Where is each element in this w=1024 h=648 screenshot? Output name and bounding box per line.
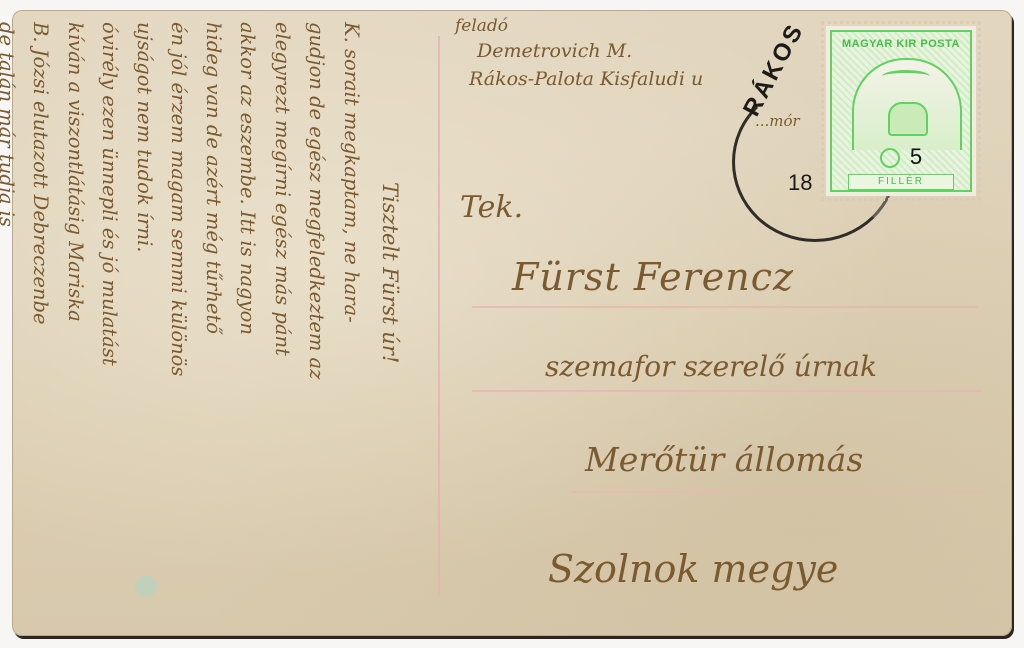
stamp-issuer: MAGYAR KIR POSTA <box>832 38 970 50</box>
message-greeting: Tisztelt Fürst úr! <box>368 22 412 622</box>
stamp-value-number: 5 <box>910 144 922 169</box>
turul-bird-icon <box>882 70 930 83</box>
recipient-occupation: szemafor szerelő úrnak <box>545 350 877 383</box>
sender-name: Demetrovich M. <box>477 40 703 62</box>
message-line: gudjon de egész megfeledkeztem az <box>299 22 334 622</box>
paper-stain <box>135 575 157 597</box>
message-line: kíván a viszontlátásig Mariska <box>58 22 93 622</box>
message-line: B. Józsi elutazott Debreczenbe <box>23 22 58 622</box>
recipient-salutation: Tek. <box>460 190 523 225</box>
message-line: akkor az eszembe. Itt is nagyon <box>230 22 265 622</box>
address-rule-3 <box>572 491 984 493</box>
message-line: K. sorait megkaptam, ne hara- <box>334 22 369 622</box>
address-rule-1 <box>472 306 978 308</box>
postage-stamp: MAGYAR KIR POSTA 5 FILLÉR <box>826 26 976 196</box>
stamp-value: 5 <box>832 144 970 170</box>
message-line: hideg van de azért még tűrhető <box>196 22 231 622</box>
sender-address: Rákos-Palota Kisfaludi u <box>469 68 703 90</box>
address-rule-2 <box>472 390 982 392</box>
message-line: óvirély ezen ünnepli és jó mulatást <box>92 22 127 622</box>
stamp-currency: FILLÉR <box>848 174 954 190</box>
message-line: ujságot nem tudok írni. <box>127 22 162 622</box>
handwritten-message: Tisztelt Fürst úr! K. sorait megkaptam, … <box>12 22 412 622</box>
sender-block: feladó Demetrovich M. Rákos-Palota Kisfa… <box>455 16 703 90</box>
recipient-station: Merőtür állomás <box>585 440 863 479</box>
recipient-county: Szolnok megye <box>548 547 838 591</box>
message-line: de talán már tudja is <box>0 22 23 622</box>
message-line: elegyrezt megírni egész más pánt <box>265 22 300 622</box>
sender-label: feladó <box>455 16 703 36</box>
stamp-ornament-icon <box>880 148 900 168</box>
center-divider-line <box>438 36 440 596</box>
message-line: én jól érzem magam semmi különös <box>161 22 196 622</box>
recipient-name: Fürst Ferencz <box>512 255 794 299</box>
stamp-frame: MAGYAR KIR POSTA 5 FILLÉR <box>830 30 972 192</box>
holy-crown-icon <box>888 102 928 136</box>
postmark-date: 18 <box>788 170 812 196</box>
